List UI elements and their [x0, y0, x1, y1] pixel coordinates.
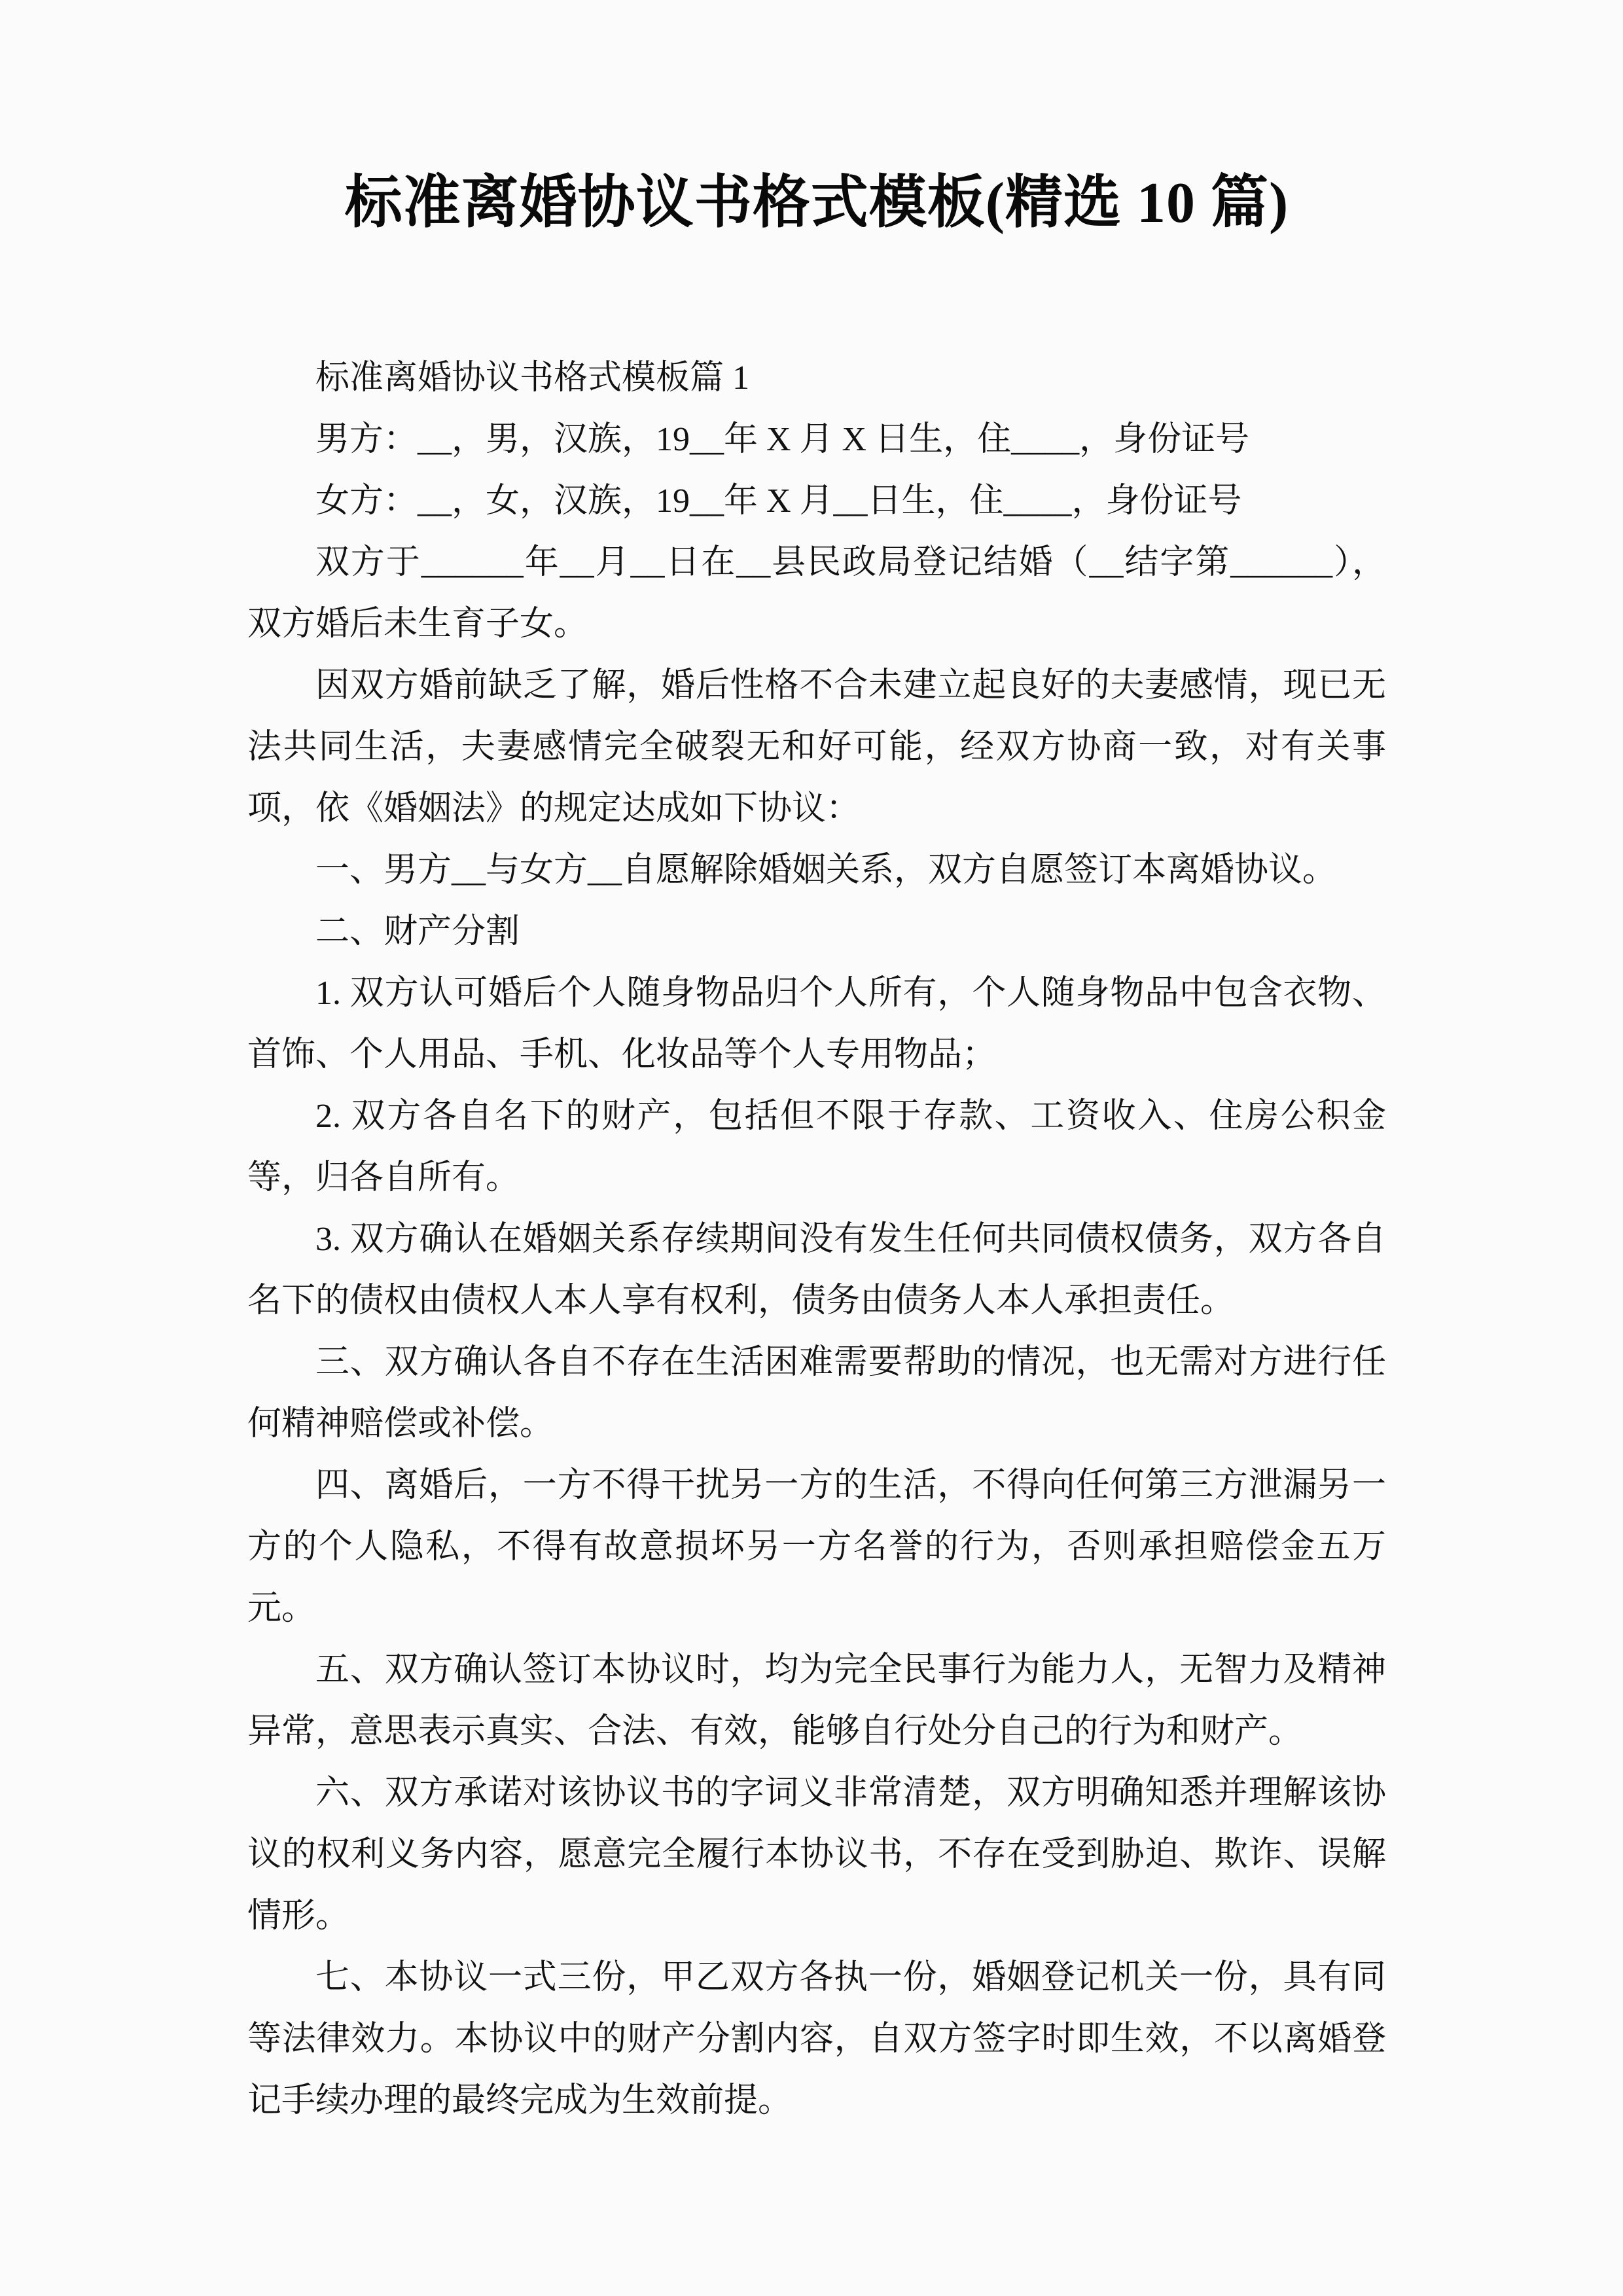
document-title: 标准离婚协议书格式模板(精选 10 篇) [247, 165, 1386, 243]
section-heading: 标准离婚协议书格式模板篇 1 [247, 348, 1386, 409]
clause-2-property-division-heading: 二、财产分割 [247, 901, 1386, 963]
clause-5-legal-capacity: 五、双方确认签订本协议时，均为完全民事行为能力人，无智力及精神异常，意思表示真实… [247, 1640, 1386, 1763]
document-body: 标准离婚协议书格式模板篇 1 男方：__，男，汉族，19__年 X 月 X 日生… [247, 348, 1386, 2132]
document-page: 标准离婚协议书格式模板(精选 10 篇) 标准离婚协议书格式模板篇 1 男方：_… [0, 0, 1623, 2296]
clause-3-no-hardship-compensation: 三、双方确认各自不存在生活困难需要帮助的情况，也无需对方进行任何精神赔偿或补偿。 [247, 1332, 1386, 1455]
clause-2-item-2-individual-assets: 2. 双方各自名下的财产，包括但不限于存款、工资收入、住房公积金等，归各自所有。 [247, 1086, 1386, 1209]
clause-1-divorce-agreement: 一、男方__与女方__自愿解除婚姻关系，双方自愿签订本离婚协议。 [247, 840, 1386, 901]
paragraph-wife-info: 女方：__，女，汉族，19__年 X 月__日生，住____，身份证号 [247, 471, 1386, 532]
clause-6-understanding-of-terms: 六、双方承诺对该协议书的字词义非常清楚，双方明确知悉并理解该协议的权利义务内容，… [247, 1763, 1386, 1947]
clause-2-item-3-debts: 3. 双方确认在婚姻关系存续期间没有发生任何共同债权债务，双方各自名下的债权由债… [247, 1209, 1386, 1332]
document-content: 标准离婚协议书格式模板(精选 10 篇) 标准离婚协议书格式模板篇 1 男方：_… [0, 0, 1623, 2132]
clause-4-privacy-protection: 四、离婚后，一方不得干扰另一方的生活，不得向任何第三方泄漏另一方的个人隐私，不得… [247, 1455, 1386, 1640]
clause-2-item-1-personal-belongings: 1. 双方认可婚后个人随身物品归个人所有，个人随身物品中包含衣物、首饰、个人用品… [247, 963, 1386, 1086]
paragraph-preamble: 因双方婚前缺乏了解，婚后性格不合未建立起良好的夫妻感情，现已无法共同生活，夫妻感… [247, 655, 1386, 840]
paragraph-marriage-registration: 双方于______年__月__日在__县民政局登记结婚（__结字第______）… [247, 532, 1386, 655]
clause-7-copies-and-effectiveness: 七、本协议一式三份，甲乙双方各执一份，婚姻登记机关一份，具有同等法律效力。本协议… [247, 1947, 1386, 2132]
paragraph-husband-info: 男方：__，男，汉族，19__年 X 月 X 日生，住____，身份证号 [247, 409, 1386, 471]
